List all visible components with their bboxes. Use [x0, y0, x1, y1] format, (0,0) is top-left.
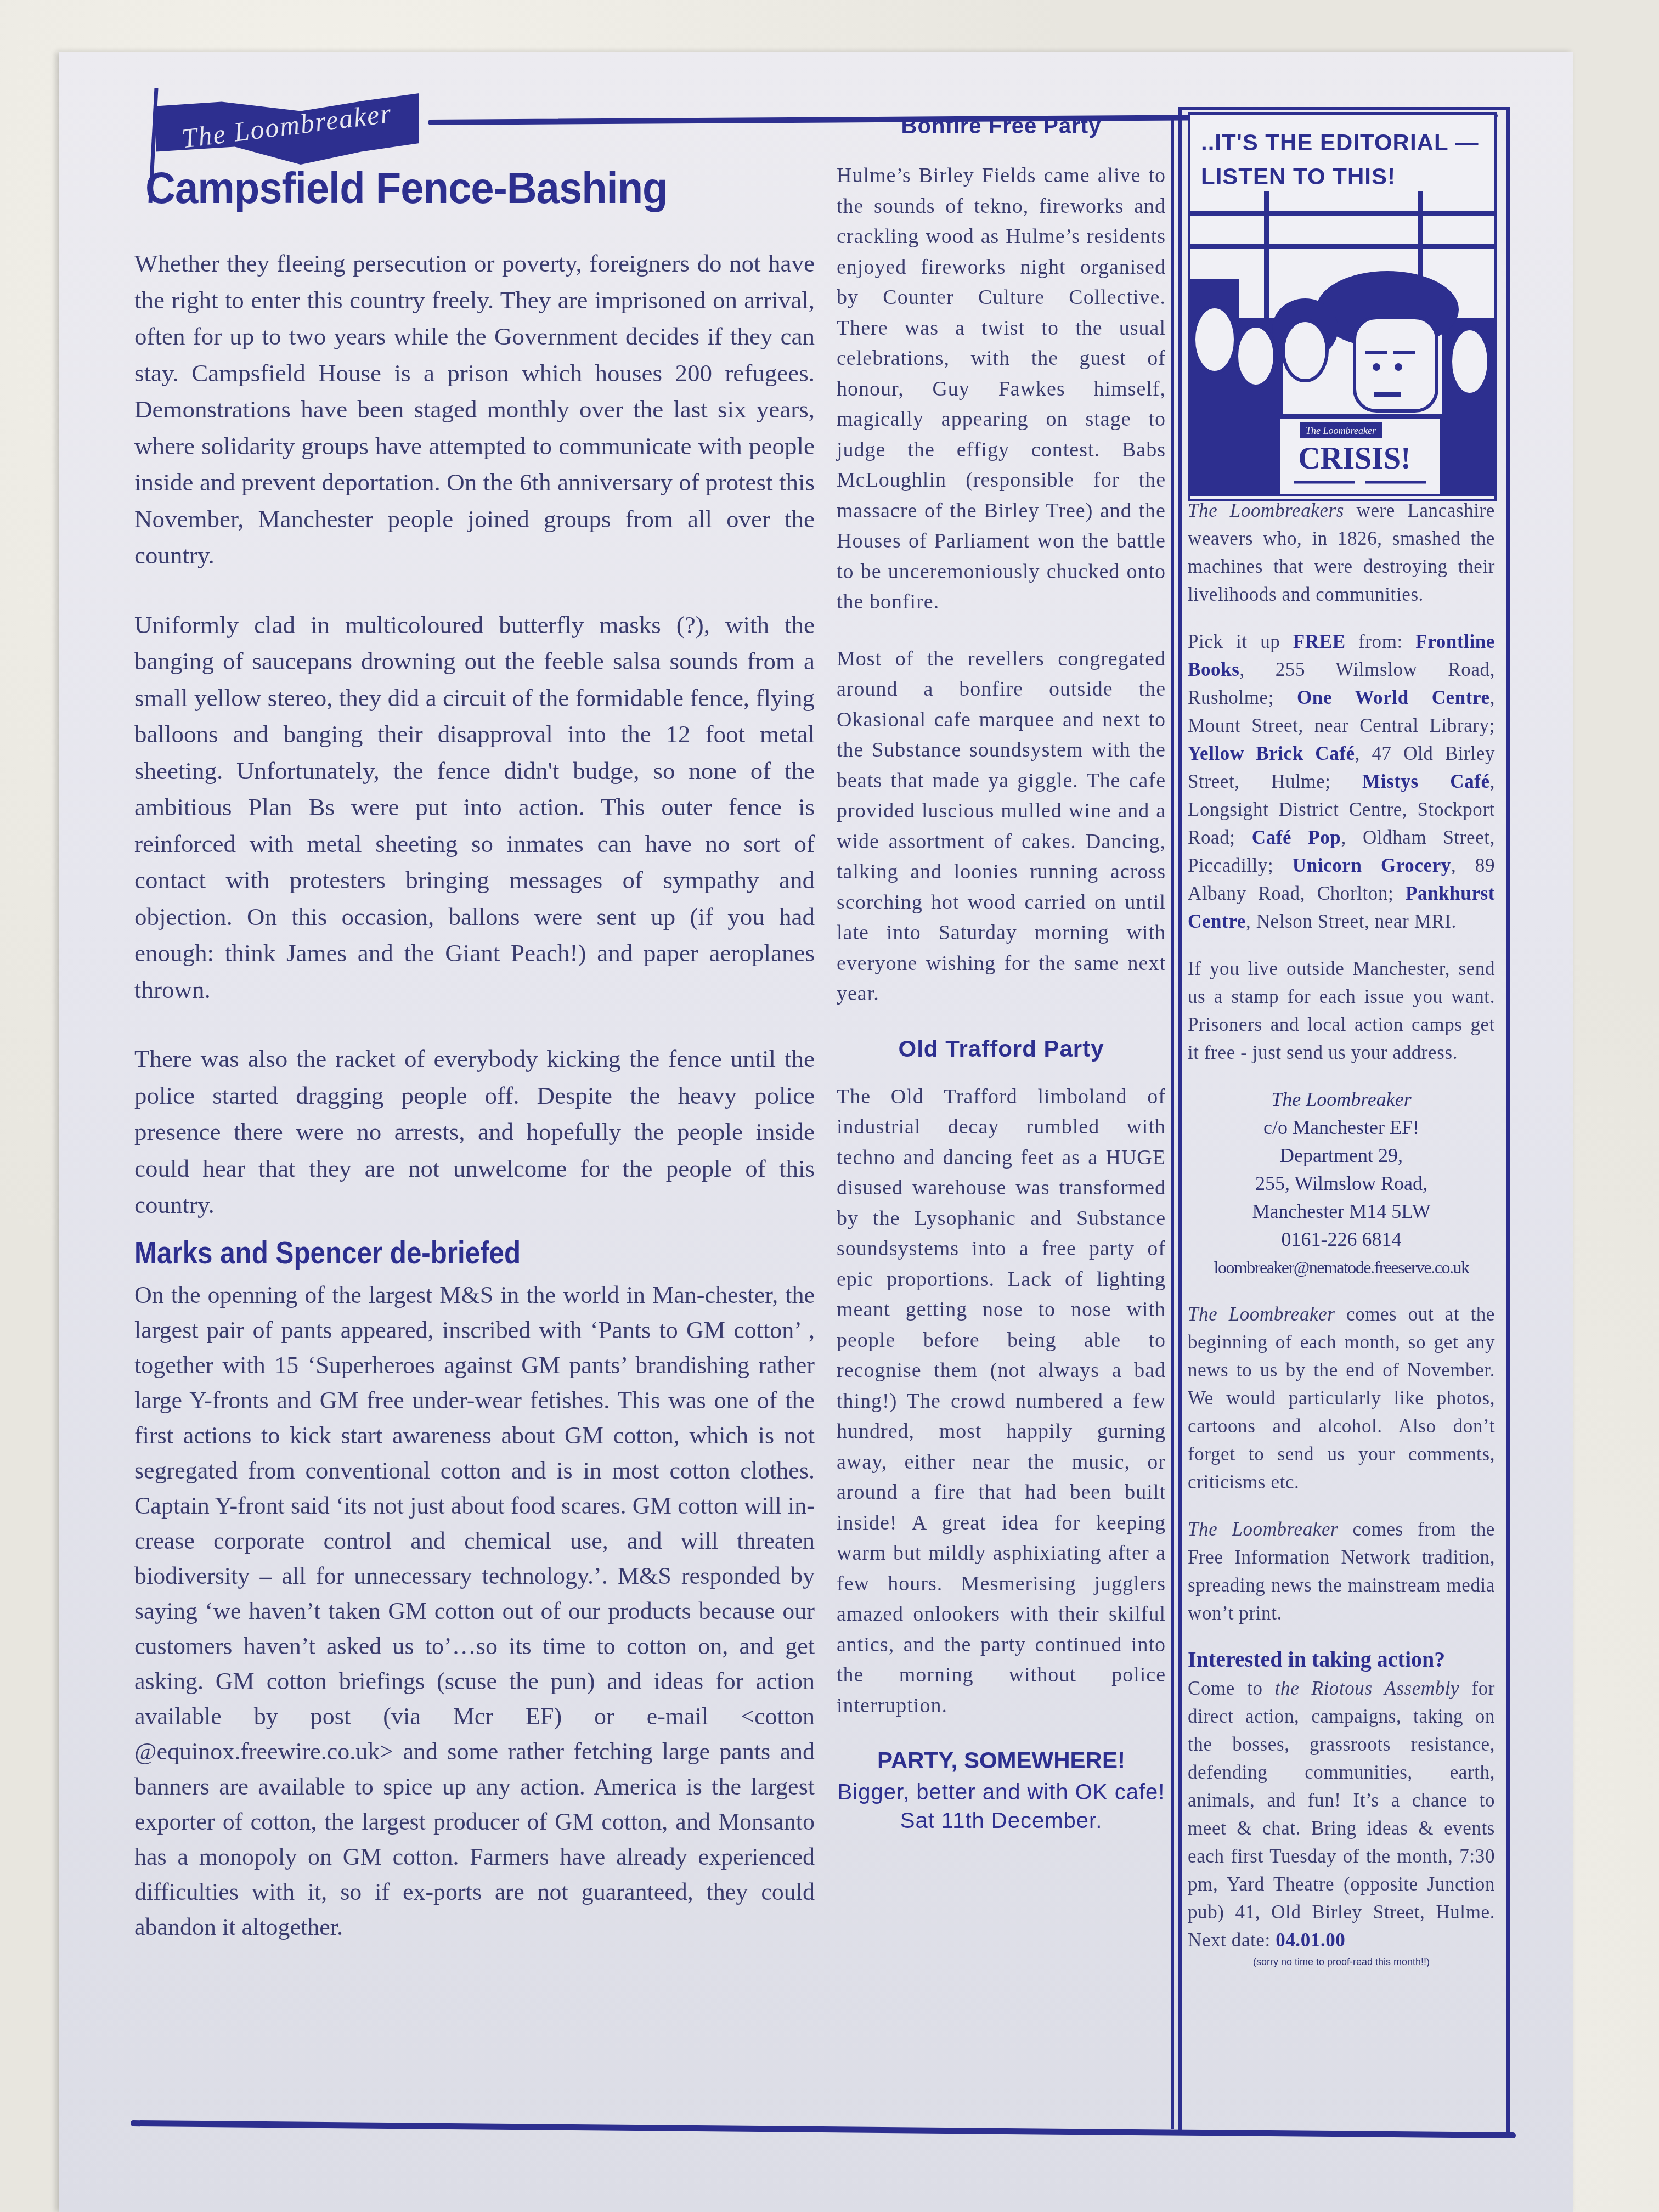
lead-paragraph-1: Whether they fleeing persecution or pove… — [134, 245, 815, 574]
action-heading: Interested in taking action? — [1188, 1646, 1495, 1672]
bonfire-paragraph-2: Most of the revellers congregated around… — [837, 644, 1166, 1009]
cartoon-speech: ..IT'S THE EDITORIAL — LISTEN TO THIS! — [1201, 126, 1483, 194]
lead-column: Campsfield Fence-Bashing Whether they fl… — [134, 165, 815, 1945]
about-lead: The Loombreakers — [1188, 500, 1344, 521]
riotous-assembly: the Riotous Assembly — [1275, 1678, 1459, 1699]
column-divider — [1171, 118, 1174, 2129]
location-name: Unicorn Grocery — [1293, 855, 1451, 876]
address-line: Department 29, — [1188, 1142, 1495, 1170]
address-name: The Loombreaker — [1271, 1088, 1412, 1110]
location-address: , Nelson Street, near MRI. — [1246, 911, 1457, 932]
action-text: for direct action, campaigns, taking on … — [1188, 1678, 1495, 1951]
party-notice-title: PARTY, SOMEWHERE! — [837, 1747, 1166, 1774]
svg-text:CRISIS!: CRISIS! — [1298, 442, 1410, 476]
location-name: One World Centre — [1297, 687, 1490, 708]
email-address: loombreaker@nematode.freeserve.co.uk — [1188, 1254, 1495, 1282]
ms-body: On the openning of the largest M&S in th… — [134, 1278, 815, 1945]
postal-address: The Loombreaker c/o Manchester EF! Depar… — [1188, 1086, 1495, 1282]
proofread-footnote: (sorry no time to proof-read this month!… — [1188, 1956, 1495, 1968]
schedule-text: comes out at the beginning of each month… — [1188, 1304, 1495, 1493]
party-notice-body: Bigger, better and with OK cafe! Sat 11t… — [837, 1778, 1166, 1835]
events-column: Bonfire Free Party Hulme’s Birley Fields… — [837, 114, 1166, 1835]
pickup-free: FREE — [1293, 631, 1346, 652]
address-line: 255, Wilmslow Road, — [1188, 1170, 1495, 1198]
sidebar-column: The Loombreakers were Lancashire weavers… — [1188, 496, 1495, 1968]
masthead-flag: The Loombreaker — [156, 93, 419, 165]
pickup-paragraph: Pick it up FREE from: Frontline Books, 2… — [1188, 628, 1495, 935]
trafford-body: The Old Trafford limboland of industrial… — [837, 1082, 1166, 1722]
masthead-title: The Loombreaker — [180, 97, 394, 154]
editorial-cartoon: ..IT'S THE EDITORIAL — LISTEN TO THIS! — [1188, 112, 1497, 501]
action-paragraph: Come to the Riotous Assembly for direct … — [1188, 1674, 1495, 1954]
lead-paragraph-2: Uniformly clad in multicoloured butterfl… — [134, 607, 815, 1008]
location-name: Mistys Café — [1362, 771, 1490, 792]
action-pre: Come to — [1188, 1678, 1275, 1699]
address-line: c/o Manchester EF! — [1188, 1114, 1495, 1142]
trafford-headline: Old Trafford Party — [837, 1036, 1166, 1062]
schedule-paragraph: The Loombreaker comes out at the beginni… — [1188, 1300, 1495, 1496]
schedule-lead: The Loombreaker — [1188, 1304, 1335, 1325]
svg-text:The Loombreaker: The Loombreaker — [1306, 425, 1376, 436]
fin-lead: The Loombreaker — [1188, 1519, 1338, 1540]
outside-manchester-paragraph: If you live outside Manchester, send us … — [1188, 955, 1495, 1066]
bonfire-paragraph-1: Hulme’s Birley Fields came alive to the … — [837, 161, 1166, 618]
fin-paragraph: The Loombreaker comes from the Free Info… — [1188, 1515, 1495, 1627]
ms-headline: Marks and Spencer de-briefed — [134, 1234, 713, 1271]
lead-paragraph-3: There was also the racket of everybody k… — [134, 1041, 815, 1223]
commuters-illustration-icon: The Loombreaker CRISIS! — [1190, 191, 1494, 496]
lead-headline: Campsfield Fence-Bashing — [145, 163, 815, 213]
pickup-from: from: — [1346, 631, 1416, 652]
next-date: 04.01.00 — [1276, 1929, 1345, 1951]
location-name: Yellow Brick Café — [1188, 743, 1355, 764]
location-name: Café Pop — [1252, 827, 1341, 848]
address-line: Manchester M14 5LW — [1188, 1198, 1495, 1226]
bonfire-headline: Bonfire Free Party — [837, 114, 1166, 139]
about-paragraph: The Loombreakers were Lancashire weavers… — [1188, 496, 1495, 608]
pickup-intro: Pick it up — [1188, 631, 1293, 652]
phone-number: 0161-226 6814 — [1188, 1226, 1495, 1254]
